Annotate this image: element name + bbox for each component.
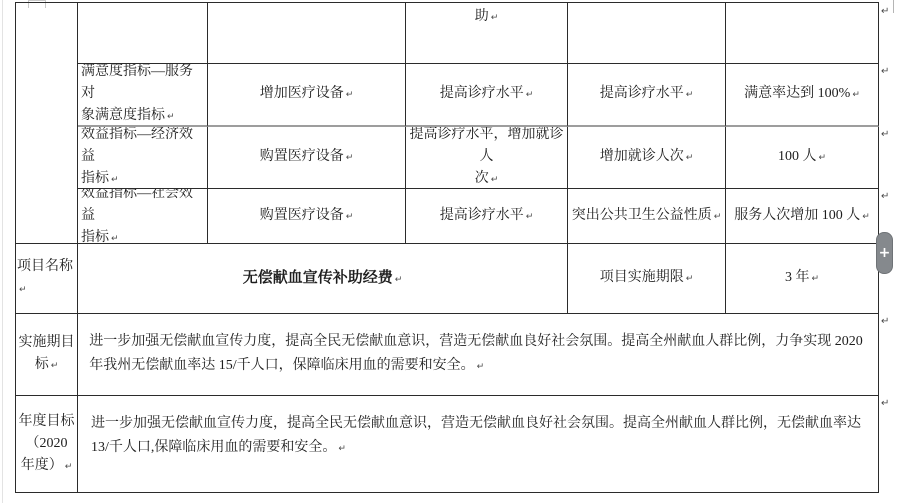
cell-end-mark: ↵ [395,275,403,285]
impl-goal-label-cell[interactable]: 实施期目 标↵ [16,314,78,396]
indicator-value: 突出公共卫生公益性质 [572,208,712,223]
row-end-mark: ↵ [881,6,893,18]
project-period-label: 项目实施期限 [600,270,684,285]
cell-end-mark: ↵ [167,112,175,122]
indicator-value: 提高诊疗水平 [440,86,524,101]
cell-end-mark: ↵ [686,274,694,284]
row-end-mark: ↵ [881,316,893,328]
cell-end-mark: ↵ [714,212,722,222]
indicator-value-cell[interactable]: 提高诊疗水平↵ [406,64,568,127]
project-name-value-cell[interactable]: 无偿献血宣传补助经费↵ [78,244,568,314]
indicator-name: 效益指标—社会效益 指标 [81,189,193,244]
empty-cell[interactable] [208,3,406,64]
cell-end-mark: ↵ [686,153,694,163]
impl-goal-text: 进一步加强无偿献血宣传力度，提高全民无偿献血意识，营造无偿献血良好社会氛围。提高… [89,334,863,373]
cell-end-mark: ↵ [346,153,354,163]
indicator-name: 满意度指标—服务对 象满意度指标 [81,64,193,123]
row-end-mark: ↵ [881,398,893,410]
indicator-name-cell[interactable]: 效益指标—社会效益 指标↵ [78,189,208,244]
cell-end-mark: ↵ [862,212,870,222]
indicator-value: 提高诊疗水平，增加就诊人 次 [410,127,564,186]
indicator-target-cell[interactable]: 服务人次增加 100 人↵ [726,189,879,244]
cell-end-mark: ↵ [491,175,499,185]
project-name-label: 项目名称 [17,259,73,274]
cell-end-mark: ↵ [346,212,354,222]
annual-goal-label-cell[interactable]: 年度目标 （2020 年度）↵ [16,396,78,493]
project-name-value: 无偿献血宣传补助经费 [243,270,393,286]
cell-end-mark: ↵ [811,274,819,284]
indicator-target-cell[interactable]: 100 人↵ [726,127,879,189]
project-name-label-cell[interactable]: 项目名称↵ [16,244,78,314]
indicator-value: 提高诊疗水平 [440,208,524,223]
indicator-value: 提高诊疗水平 [600,86,684,101]
continuation-cell[interactable]: 助↵ [406,3,568,64]
indicator-measure-cell[interactable]: 购置医疗设备↵ [208,127,406,189]
page-left-edge [2,0,3,503]
row-end-mark: ↵ [881,66,893,78]
plus-handle-button[interactable]: + [876,232,893,274]
cell-end-mark: ↵ [51,361,59,371]
cell-end-mark: ↵ [852,90,860,100]
empty-cell[interactable] [568,3,726,64]
indicator-measure: 购置医疗设备 [260,208,344,223]
cell-end-mark: ↵ [19,285,27,295]
empty-cell[interactable] [78,3,208,64]
indicator-target-cell[interactable]: 满意率达到 100%↵ [726,64,879,127]
project-period-value-cell[interactable]: 3 年↵ [726,244,879,314]
indicator-name: 效益指标—经济效益 指标 [81,127,193,186]
indicator-measure: 增加医疗设备 [260,86,344,101]
cell-end-mark: ↵ [491,13,499,23]
impl-goal-text-cell[interactable]: 进一步加强无偿献血宣传力度，提高全民无偿献血意识，营造无偿献血良好社会氛围。提高… [78,314,879,396]
annual-goal-text-cell[interactable]: 进一步加强无偿献血宣传力度，提高全民无偿献血意识，营造无偿献血良好社会氛围。提高… [78,396,879,493]
empty-cell[interactable] [726,3,879,64]
cell-end-mark: ↵ [346,90,354,100]
indicator-measure-cell[interactable]: 购置医疗设备↵ [208,189,406,244]
cell-end-mark: ↵ [65,462,73,472]
indicator-name-cell[interactable]: 满意度指标—服务对 象满意度指标↵ [78,64,208,127]
page-right-edge-tick [893,0,894,13]
plus-icon: + [879,245,891,261]
cell-end-mark: ↵ [526,212,534,222]
indicator-target: 满意率达到 100% [744,86,850,101]
cell-end-mark: ↵ [338,444,346,454]
indicator-value-cell[interactable]: 提高诊疗水平↵ [568,64,726,127]
cell-end-mark: ↵ [686,90,694,100]
cell-end-mark: ↵ [111,175,119,185]
project-period-value: 3 年 [785,270,810,285]
indicator-measure-cell[interactable]: 增加医疗设备↵ [208,64,406,127]
performance-goal-table: 助↵ 满意度指标—服务对 象满意度指标↵ 增加医疗设备↵ 提高诊疗水平↵ 提高诊… [15,2,879,493]
row-header-empty-cell[interactable] [16,3,78,244]
indicator-value-cell[interactable]: 突出公共卫生公益性质↵ [568,189,726,244]
indicator-name-cell[interactable]: 效益指标—经济效益 指标↵ [78,127,208,189]
continuation-text: 助 [475,9,489,24]
impl-goal-label: 实施期目 标 [19,335,75,372]
indicator-measure: 购置医疗设备 [260,149,344,164]
project-period-label-cell[interactable]: 项目实施期限↵ [568,244,726,314]
row-end-mark: ↵ [881,191,893,203]
indicator-value-cell[interactable]: 提高诊疗水平↵ [406,189,568,244]
cell-end-mark: ↵ [526,90,534,100]
cell-end-mark: ↵ [818,153,826,163]
indicator-target: 服务人次增加 100 人 [734,208,860,223]
row-end-mark: ↵ [881,129,893,141]
indicator-target: 100 人 [778,149,817,164]
indicator-value-cell[interactable]: 提高诊疗水平，增加就诊人 次↵ [406,127,568,189]
annual-goal-text: 进一步加强无偿献血宣传力度，提高全民无偿献血意识，营造无偿献血良好社会氛围。提高… [91,416,861,455]
cell-end-mark: ↵ [477,362,485,372]
indicator-value: 增加就诊人次 [600,149,684,164]
indicator-value-cell[interactable]: 增加就诊人次↵ [568,127,726,189]
cell-end-mark: ↵ [111,234,119,244]
